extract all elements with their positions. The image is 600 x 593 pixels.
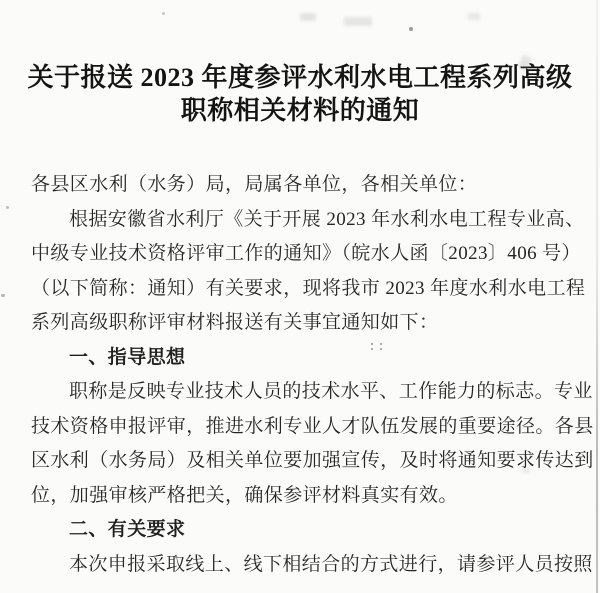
document-title: 关于报送 2023 年度参评水利水电工程系列高级 职称相关材料的通知: [0, 61, 600, 127]
body-line: 中级专业技术资格评审工作的通知》（皖水人函〔2023〕406 号）: [31, 237, 572, 272]
document-title-line-1: 关于报送 2023 年度参评水利水电工程系列高级: [0, 61, 600, 94]
body-line: 根据安徽省水利厅《关于开展 2023 年水利水电工程专业高、: [31, 203, 572, 238]
body-line: （以下简称：通知）有关要求，现将我市 2023 年度水利水电工程: [31, 272, 572, 307]
body-line: 系列高级职称评审材料报送有关事宜通知如下：: [31, 306, 572, 341]
body-line: 区水利（水务局）及相关单位要加强宣传，及时将通知要求传达到: [31, 444, 572, 479]
scan-artifact: [162, 12, 165, 15]
scan-artifact: [409, 27, 413, 31]
document-title-line-2: 职称相关材料的通知: [0, 94, 600, 127]
salutation-line: 各县区水利（水务）局，局属各单位，各相关单位：: [31, 168, 572, 203]
section-heading-2: 二、有关要求: [31, 513, 572, 548]
document-body: 各县区水利（水务）局，局属各单位，各相关单位： 根据安徽省水利厅《关于开展 20…: [31, 168, 572, 582]
scan-artifact: [344, 17, 372, 26]
body-line: 本次申报采取线上、线下相结合的方式进行，请参评人员按照: [31, 548, 572, 583]
section-heading-1: 一、指导思想: [31, 341, 572, 376]
scan-artifact: [300, 13, 316, 21]
scan-artifact: [6, 206, 9, 209]
body-line: 职称是反映专业技术人员的技术水平、工作能力的标志。专业: [31, 375, 572, 410]
scan-artifact: [1, 294, 5, 297]
body-line: 位，加强审核严格把关，确保参评材料真实有效。: [31, 479, 572, 514]
scanned-notice-page: 关于报送 2023 年度参评水利水电工程系列高级 职称相关材料的通知 各县区水利…: [0, 0, 600, 593]
body-line: 技术资格申报评审，推进水利专业人才队伍发展的重要途径。各县: [31, 410, 572, 445]
scan-artifact: [468, 13, 480, 20]
